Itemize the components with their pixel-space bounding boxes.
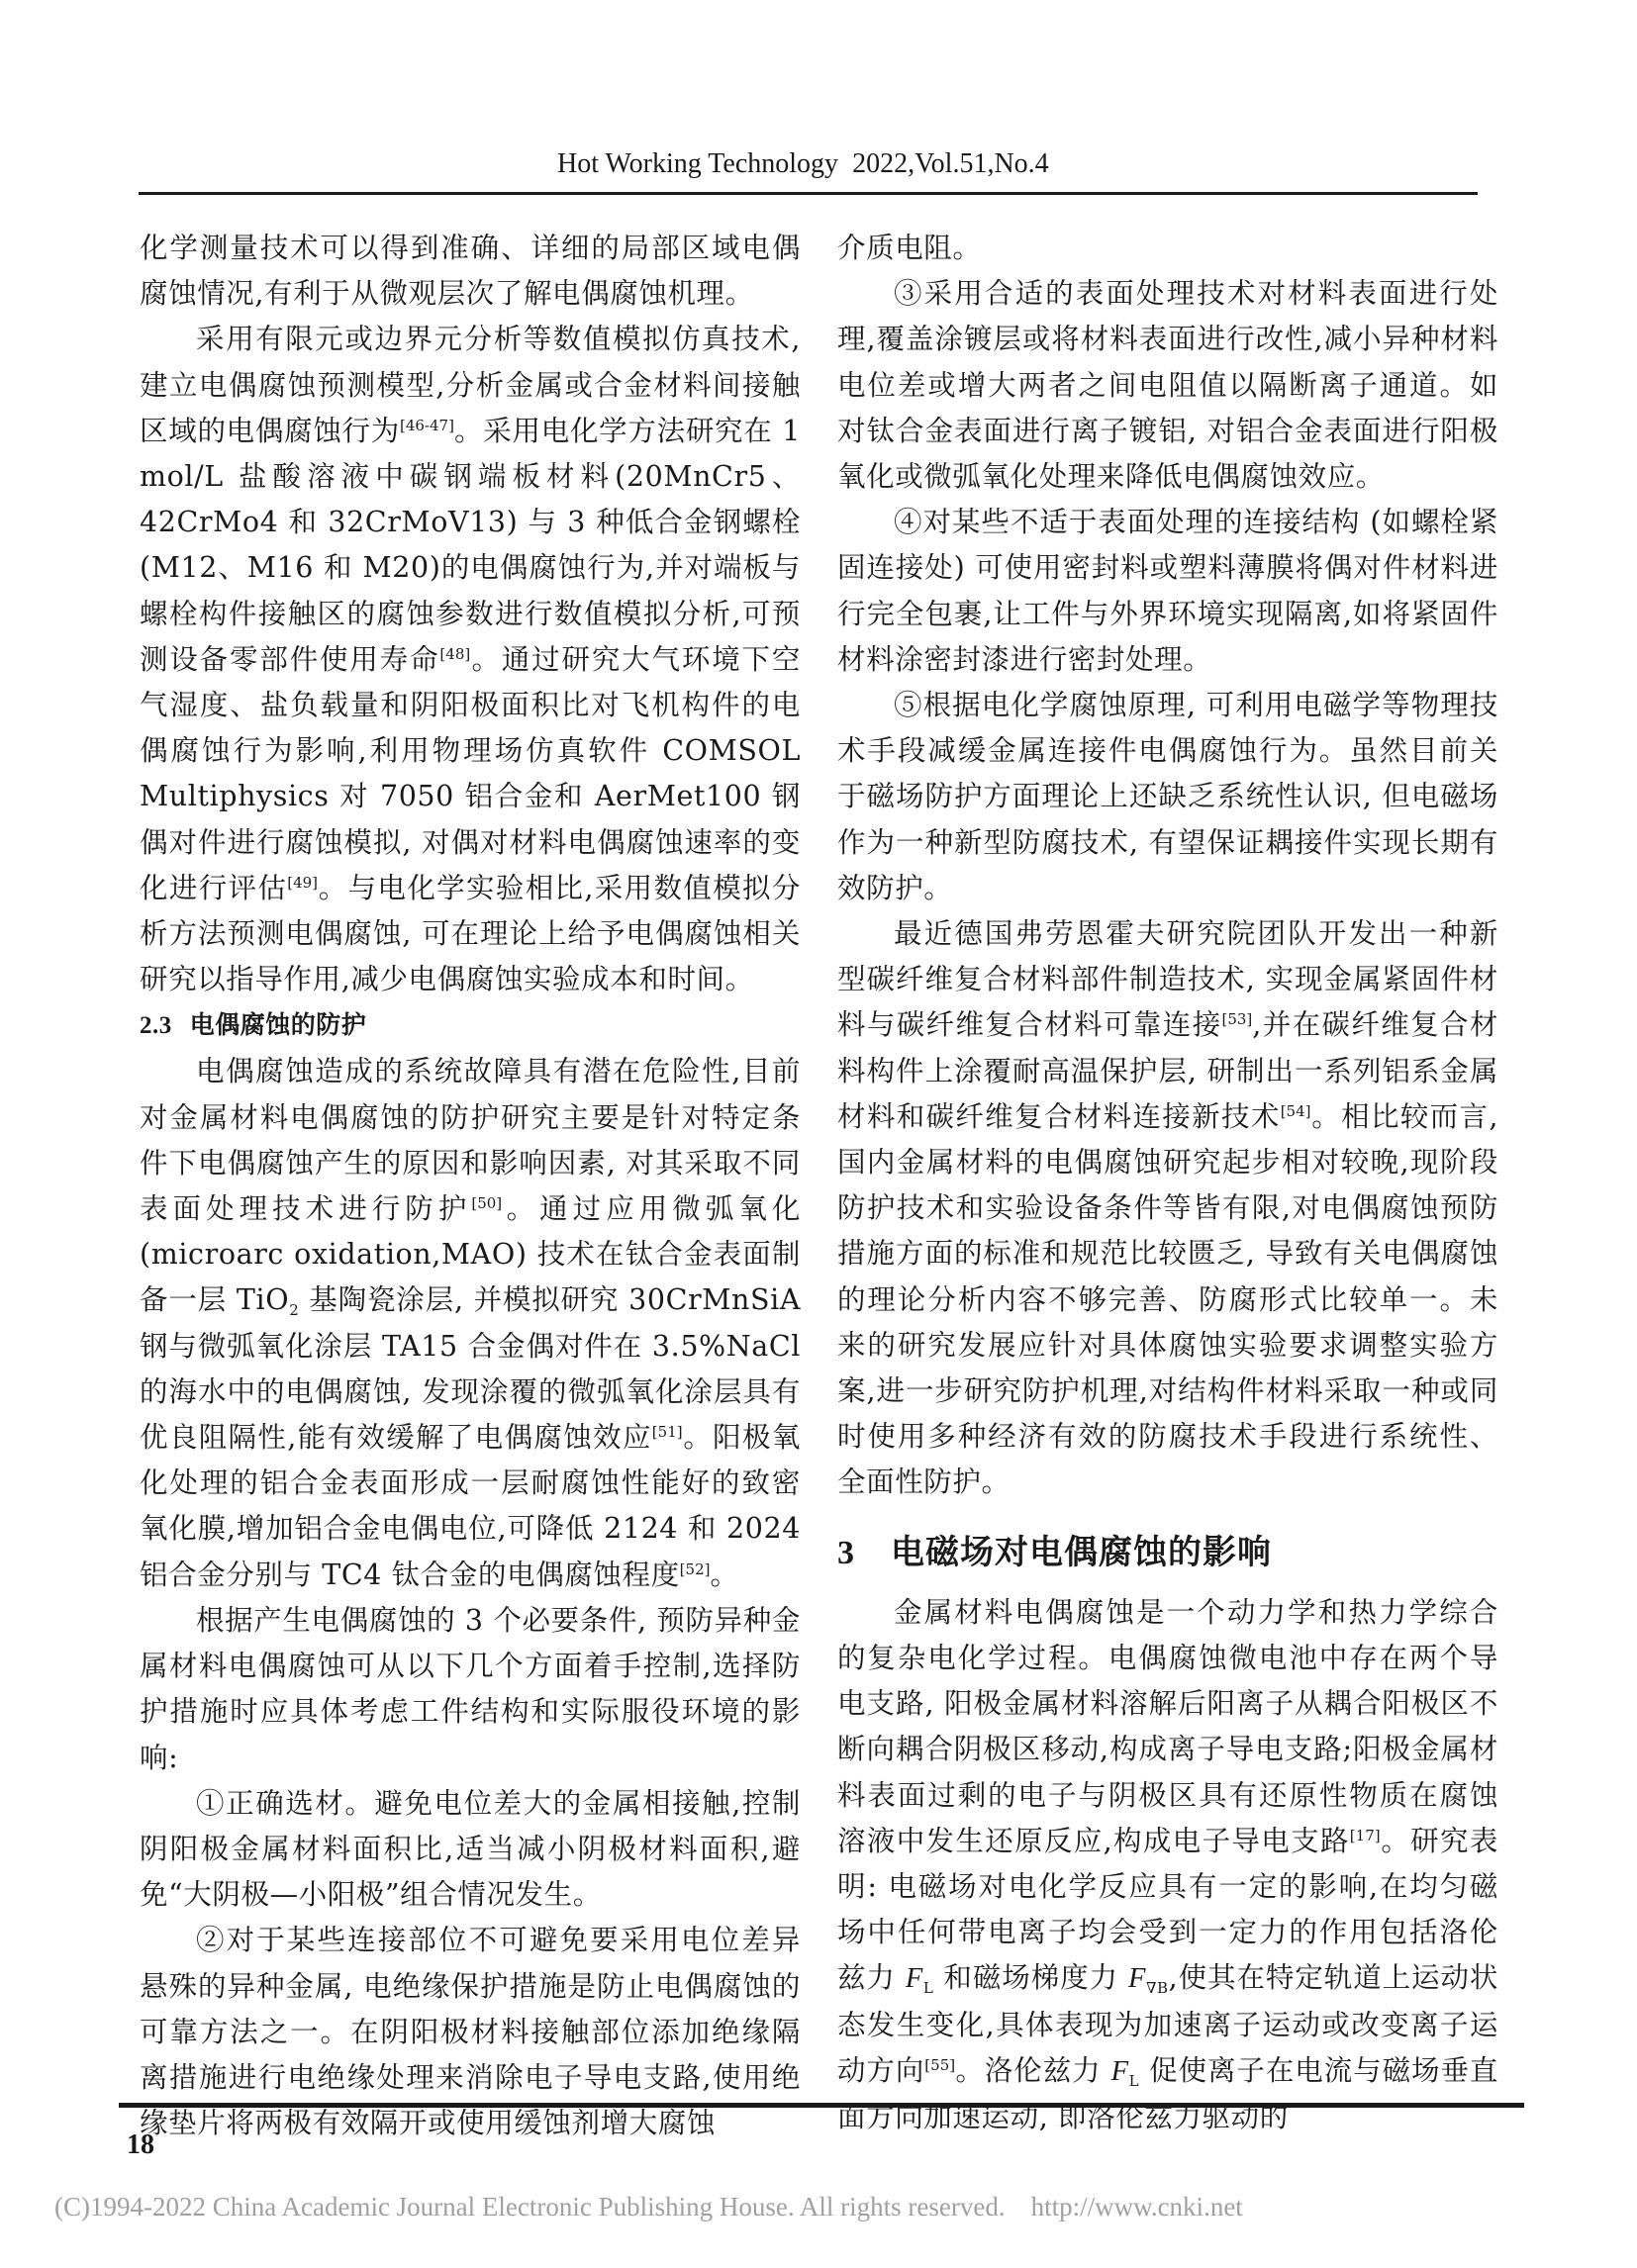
header-rule: [139, 192, 1478, 195]
citation: [51]: [652, 1423, 683, 1441]
page-number: 18: [127, 2129, 154, 2161]
copyright-notice: (C)1994-2022 China Academic Journal Elec…: [54, 2192, 1243, 2222]
citation: [46-47]: [400, 417, 454, 434]
citation: [49]: [287, 874, 318, 892]
running-header: Hot Working Technology2022,Vol.51,No.4: [557, 148, 1049, 180]
paragraph: 金属材料电偶腐蚀是一个动力学和热力学综合的复杂电化学过程。电偶腐蚀微电池中存在两…: [837, 1590, 1498, 2140]
list-item-4: ④对某些不适于表面处理的连接结构 (如螺栓紧固连接处) 可使用密封料或塑料薄膜将…: [837, 500, 1498, 683]
paragraph: 电偶腐蚀造成的系统故障具有潜在危险性,目前对金属材料电偶腐蚀的防护研究主要是针对…: [140, 1049, 801, 1597]
footer-rule: [119, 2103, 1524, 2108]
citation: [17]: [1350, 1827, 1381, 1844]
subsection-heading: 2.3电偶腐蚀的防护: [140, 1002, 801, 1049]
paragraph: 介质电阻。: [837, 226, 1498, 271]
paragraph: 最近德国弗劳恩霍夫研究院团队开发出一种新型碳纤维复合材料部件制造技术, 实现金属…: [837, 911, 1498, 1506]
paragraph: 化学测量技术可以得到准确、详细的局部区域电偶腐蚀情况,有利于从微观层次了解电偶腐…: [140, 226, 801, 317]
right-column: 介质电阻。 ③采用合适的表面处理技术对材料表面进行处理,覆盖涂镀层或将材料表面进…: [837, 226, 1498, 2140]
citation: [52]: [680, 1560, 711, 1578]
journal-issue: 2022,Vol.51,No.4: [852, 148, 1049, 179]
journal-name: Hot Working Technology: [557, 148, 838, 179]
citation: [50]: [471, 1194, 502, 1212]
list-item-5: ⑤根据电化学腐蚀原理, 可利用电磁学等物理技术手段减缓金属连接件电偶腐蚀行为。虽…: [837, 683, 1498, 911]
paragraph: 采用有限元或边界元分析等数值模拟仿真技术,建立电偶腐蚀预测模型,分析金属或合金材…: [140, 317, 801, 1002]
left-column: 化学测量技术可以得到准确、详细的局部区域电偶腐蚀情况,有利于从微观层次了解电偶腐…: [140, 226, 801, 2146]
citation: [53]: [1221, 1010, 1252, 1028]
citation: [55]: [924, 2056, 955, 2074]
citation: [48]: [439, 645, 470, 663]
cnki-link[interactable]: http://www.cnki.net: [1031, 2192, 1243, 2221]
list-item-2: ②对于某些连接部位不可避免要采用电位差异悬殊的异种金属, 电绝缘保护措施是防止电…: [140, 1918, 801, 2146]
paragraph: 根据产生电偶腐蚀的 3 个必要条件, 预防异种金属材料电偶腐蚀可从以下几个方面着…: [140, 1598, 801, 1781]
list-item-3: ③采用合适的表面处理技术对材料表面进行处理,覆盖涂镀层或将材料表面进行改性,减小…: [837, 271, 1498, 500]
section-heading: 3电磁场对电偶腐蚀的影响: [837, 1528, 1498, 1578]
citation: [54]: [1281, 1102, 1311, 1120]
list-item-1: ①正确选材。避免电位差大的金属相接触,控制阴阳极金属材料面积比,适当减小阴极材料…: [140, 1781, 801, 1919]
